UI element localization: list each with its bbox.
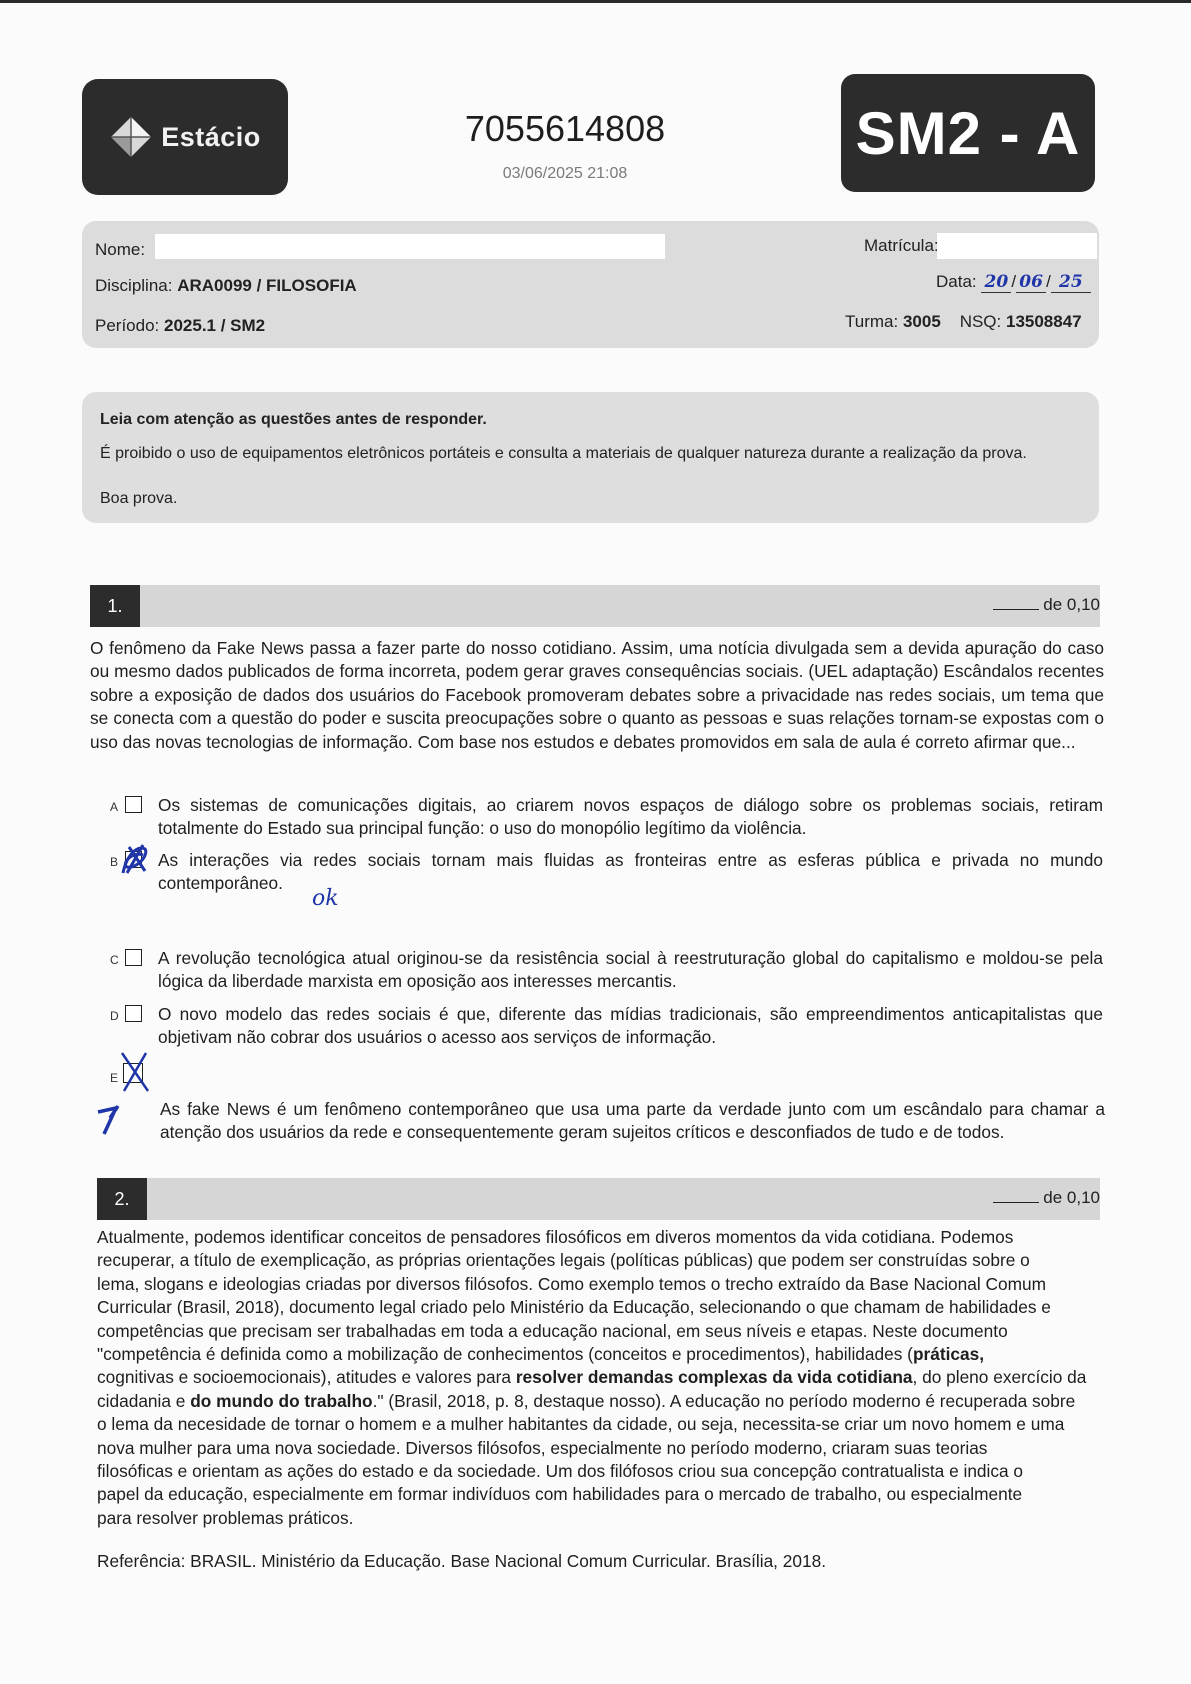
disciplina-field: Disciplina: ARA0099 / FILOSOFIA (95, 276, 357, 296)
nome-value-redacted (155, 234, 665, 259)
option-e-selector[interactable]: E (110, 1063, 150, 1083)
option-text: As fake News é um fenômeno contemporâneo… (160, 1098, 1105, 1145)
option-letter: B (110, 851, 118, 874)
diamond-logo-icon (109, 115, 153, 159)
question-number: 1. (90, 585, 140, 627)
quote-text: "competência é definida como a mobilizaç… (97, 1344, 913, 1364)
disciplina-label: Disciplina: (95, 276, 172, 295)
text-line: filosóficas e orientam as ações do estad… (97, 1460, 1105, 1483)
score-blank (993, 609, 1039, 610)
handwritten-ok-annotation: ok (312, 886, 339, 911)
text-line: papel da educação, especialmente em form… (97, 1483, 1105, 1506)
text-line: Curricular (Brasil, 2018), documento leg… (97, 1296, 1105, 1319)
option-checkbox[interactable] (125, 796, 142, 813)
option-letter: C (110, 949, 119, 972)
option-c[interactable]: C A revolução tecnológica atual originou… (110, 947, 1105, 997)
periodo-value: 2025.1 / SM2 (164, 316, 265, 335)
generated-timestamp: 03/06/2025 21:08 (420, 165, 710, 183)
instruction-good-luck: Boa prova. (100, 490, 177, 508)
nome-label: Nome: (95, 240, 145, 259)
question-2-header: 2. de 0,10 (97, 1178, 1100, 1220)
option-letter: A (110, 796, 118, 819)
class-code-badge: SM2 - A (841, 74, 1095, 192)
quote-text: ." (Brasil, 2018, p. 8, destaque nosso).… (373, 1391, 1076, 1411)
data-day-handwritten: 20 (981, 272, 1011, 293)
turma-value: 3005 (903, 312, 941, 331)
text-line: nova mulher para uma nova sociedade. Div… (97, 1437, 1105, 1460)
nsq-value: 13508847 (1006, 312, 1082, 331)
quote-emphasis: práticas, (913, 1344, 984, 1364)
text-line: o lema da necesidade de tornar o homem e… (97, 1413, 1105, 1436)
option-letter: E (110, 1067, 118, 1090)
data-field: Data: 20/06/25 (936, 272, 1091, 293)
scan-top-edge (0, 0, 1191, 3)
periodo-label: Período: (95, 316, 159, 335)
disciplina-value: ARA0099 / FILOSOFIA (177, 276, 356, 295)
option-text: A revolução tecnológica atual originou-s… (158, 947, 1103, 994)
text-line: "competência é definida como a mobilizaç… (97, 1343, 1105, 1366)
score-max: de 0,10 (1043, 595, 1100, 614)
score-max: de 0,10 (1043, 1188, 1100, 1207)
quote-emphasis: resolver demandas complexas da vida coti… (516, 1367, 913, 1387)
option-text: As interações via redes sociais tornam m… (158, 849, 1103, 896)
option-d[interactable]: D O novo modelo das redes sociais é que,… (110, 1003, 1105, 1053)
text-line: cognitivas e socioemocionais), atitudes … (97, 1366, 1105, 1389)
nsq-label: NSQ: (960, 312, 1002, 331)
option-letter: D (110, 1005, 119, 1028)
quote-text: cidadania e (97, 1391, 190, 1411)
pen-scribble-mark-icon (119, 843, 151, 877)
text-line: competências que precisam ser trabalhada… (97, 1320, 1105, 1343)
option-checkbox[interactable] (125, 1005, 142, 1022)
question-score: de 0,10 (993, 595, 1100, 615)
option-checkbox[interactable] (125, 949, 142, 966)
question-score: de 0,10 (993, 1188, 1100, 1208)
text-line: Atualmente, podemos identificar conceito… (97, 1226, 1105, 1249)
option-e-text-block: As fake News é um fenômeno contemporâneo… (110, 1098, 1105, 1148)
logo-text: Estácio (161, 122, 261, 153)
option-a[interactable]: A Os sistemas de comunicações digitais, … (110, 794, 1105, 844)
quote-text: , do pleno exercício da (913, 1367, 1087, 1387)
document-id: 7055614808 (420, 108, 710, 150)
score-blank (993, 1202, 1039, 1203)
turma-nsq-field: Turma: 3005 NSQ: 13508847 (845, 312, 1082, 332)
question-2-reference: Referência: BRASIL. Ministério da Educaç… (97, 1550, 1105, 1573)
question-1-statement: O fenômeno da Fake News passa a fazer pa… (90, 637, 1104, 754)
text-line: lema, slogans e ideologias criadas por d… (97, 1273, 1105, 1296)
matricula-field: Matrícula: (864, 236, 939, 256)
text-line: cidadania e do mundo do trabalho." (Bras… (97, 1390, 1105, 1413)
option-text: O novo modelo das redes sociais é que, d… (158, 1003, 1103, 1050)
text-line: para resolver problemas práticos. (97, 1507, 1105, 1530)
data-year-handwritten: 25 (1051, 272, 1091, 293)
data-label: Data: (936, 272, 977, 291)
estacio-logo: Estácio (82, 79, 288, 195)
periodo-field: Período: 2025.1 / SM2 (95, 316, 265, 336)
turma-label: Turma: (845, 312, 898, 331)
data-month-handwritten: 06 (1016, 272, 1046, 293)
quote-text: cognitivas e socioemocionais), atitudes … (97, 1367, 516, 1387)
option-b[interactable]: B As interações via redes sociais tornam… (110, 849, 1105, 899)
nome-field: Nome: (95, 240, 145, 260)
matricula-label: Matrícula: (864, 236, 939, 255)
instruction-read-carefully: Leia com atenção as questões antes de re… (100, 411, 487, 429)
question-number: 2. (97, 1178, 147, 1220)
pen-cross-mark-icon (118, 1051, 154, 1095)
matricula-value-redacted (937, 233, 1097, 259)
instruction-no-electronics: É proibido o uso de equipamentos eletrôn… (100, 445, 1027, 463)
text-line: recuperar, a título de exemplicação, as … (97, 1249, 1105, 1272)
question-2-statement: Atualmente, podemos identificar conceito… (97, 1226, 1105, 1530)
question-1-header: 1. de 0,10 (90, 585, 1100, 627)
quote-emphasis: do mundo do trabalho (190, 1391, 372, 1411)
option-text: Os sistemas de comunicações digitais, ao… (158, 794, 1103, 841)
